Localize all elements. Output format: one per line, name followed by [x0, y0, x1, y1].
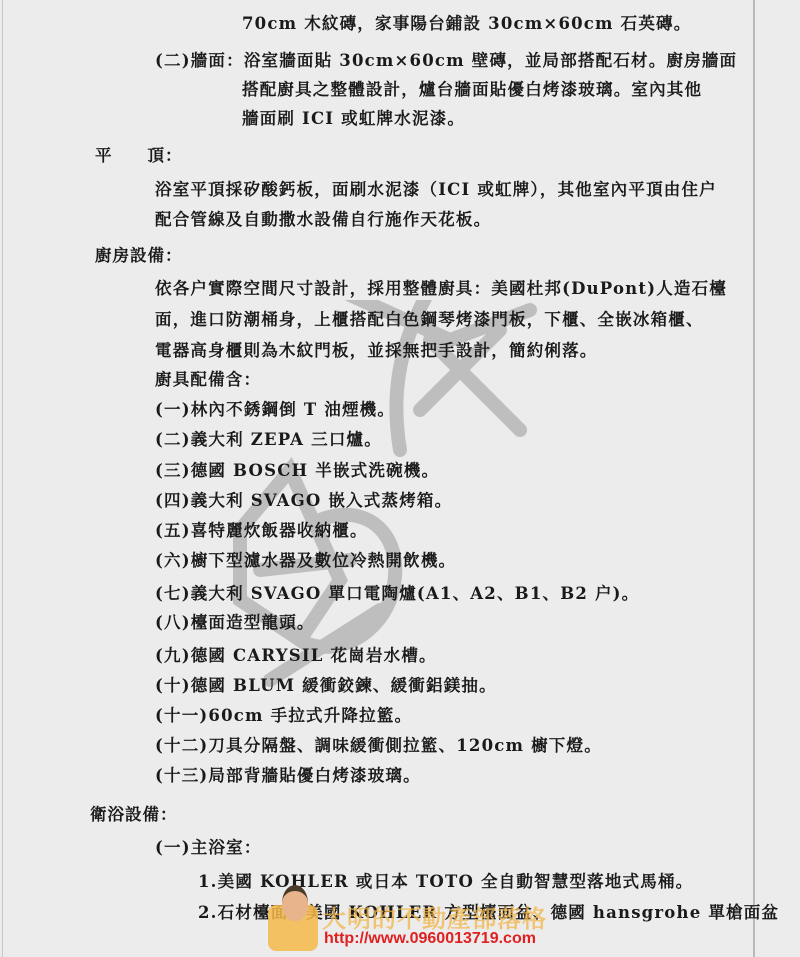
brand-url-link[interactable]: http://www.0960013719.com	[324, 930, 536, 948]
wall-line-3: 牆面刷 ICI 或虹牌水泥漆。	[242, 109, 465, 129]
kitchen-item: (四)義大利 SVAGO 嵌入式蒸烤箱。	[155, 491, 452, 511]
kitchen-item: (六)櫥下型濾水器及數位冷熱開飲機。	[155, 551, 456, 571]
kitchen-line-2: 面，進口防潮桶身，上櫃搭配白色鋼琴烤漆門板，下櫃、全嵌冰箱櫃、	[155, 310, 704, 330]
kitchen-item: (十三)局部背牆貼優白烤漆玻璃。	[155, 766, 421, 786]
kitchen-line-1: 依各户實際空間尺寸設計，採用整體廚具：美國杜邦(DuPont)人造石檯	[155, 279, 727, 299]
blog-branding-overlay: 大明的不動產部落格 http://www.0960013719.com	[268, 885, 568, 955]
master-bathroom-subheading: (一)主浴室：	[155, 838, 262, 858]
kitchen-item: (九)德國 CARYSIL 花崗岩水槽。	[155, 646, 437, 666]
ceiling-line-2: 配合管線及自動撒水設備自行施作天花板。	[155, 210, 491, 230]
page-border-left	[2, 0, 3, 957]
kitchen-item: (一)林內不銹鋼倒 T 油煙機。	[155, 400, 395, 420]
kitchen-equipment-subheading: 廚具配備含：	[155, 370, 261, 390]
document-page: 70cm 木紋磚，家事陽台鋪設 30cm×60cm 石英磚。 (二)牆面：浴室牆…	[0, 0, 800, 957]
kitchen-heading: 廚房設備：	[95, 246, 183, 266]
wall-line-1: (二)牆面：浴室牆面貼 30cm×60cm 壁磚，並局部搭配石材。廚房牆面	[155, 51, 737, 71]
page-margin-line	[753, 0, 755, 957]
kitchen-item: (二)義大利 ZEPA 三口爐。	[155, 430, 382, 450]
kitchen-item: (八)檯面造型龍頭。	[155, 613, 315, 633]
bathroom-heading: 衛浴設備：	[90, 805, 178, 825]
kitchen-item: (五)喜特麗炊飯器收納櫃。	[155, 521, 368, 541]
kitchen-line-3: 電器高身櫃則為木紋門板，並採無把手設計，簡約俐落。	[155, 341, 598, 361]
kitchen-item: (七)義大利 SVAGO 單口電陶爐(A1、A2、B1、B2 户)。	[155, 584, 639, 604]
kitchen-item: (三)德國 BOSCH 半嵌式洗碗機。	[155, 461, 439, 481]
ceiling-heading: 平 頂：	[95, 146, 183, 166]
brand-title: 大明的不動產部落格	[322, 899, 547, 934]
avatar	[282, 885, 308, 921]
ceiling-line-1: 浴室平頂採矽酸鈣板，面刷水泥漆（ICI 或虹牌），其他室內平頂由住户	[155, 180, 717, 200]
kitchen-item: (十二)刀具分隔盤、調味緩衝側拉籃、120cm 櫥下燈。	[155, 736, 602, 756]
kitchen-item: (十一)60cm 手拉式升降拉籃。	[155, 706, 412, 726]
kitchen-item: (十)德國 BLUM 緩衝鉸鍊、緩衝鋁鎂抽。	[155, 676, 497, 696]
wall-line-2: 搭配廚具之整體設計，爐台牆面貼優白烤漆玻璃。室內其他	[242, 80, 702, 100]
floor-continuation-line: 70cm 木紋磚，家事陽台鋪設 30cm×60cm 石英磚。	[242, 14, 691, 34]
